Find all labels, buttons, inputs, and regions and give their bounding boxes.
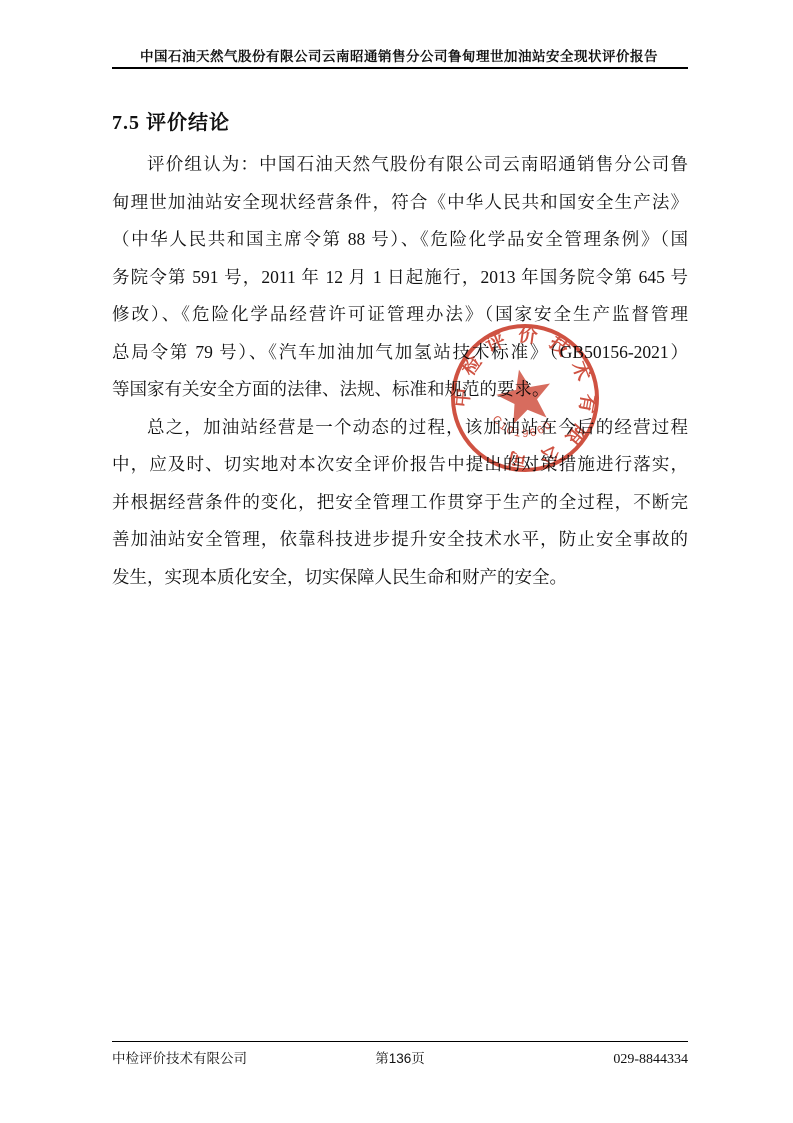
report-header-title: 中国石油天然气股份有限公司云南昭通销售分公司鲁甸理世加油站安全现状评价报告 bbox=[100, 45, 698, 65]
document-page: 中国石油天然气股份有限公司云南昭通销售分公司鲁甸理世加油站安全现状评价报告 7.… bbox=[0, 0, 793, 1123]
footer-rule bbox=[112, 1041, 688, 1042]
body-line: 善加油站安全管理，依靠科技进步提升安全技术水平，防止安全事故的 bbox=[112, 521, 688, 559]
body-line: 并根据经营条件的变化，把安全管理工作贯穿于生产的全过程，不断完 bbox=[112, 484, 688, 522]
body-line: 总之，加油站经营是一个动态的过程，该加油站在今后的经营过程 bbox=[112, 409, 688, 447]
body-line: 评价组认为：中国石油天然气股份有限公司云南昭通销售分公司鲁 bbox=[112, 146, 688, 184]
header-rule bbox=[112, 67, 688, 69]
page-footer: 中检评价技术有限公司 第136页 029-8844334 bbox=[112, 1047, 688, 1068]
body-line: 修改）、《危险化学品经营许可证管理办法》（国家安全生产监督管理 bbox=[112, 296, 688, 334]
footer-page-number: 第136页 bbox=[304, 1047, 496, 1067]
body-line: 等国家有关安全方面的法律、法规、标准和规范的要求。 bbox=[112, 371, 688, 409]
body-line: 务院令第 591 号，2011 年 12 月 1 日起施行，2013 年国务院令… bbox=[112, 259, 688, 297]
body-text: 评价组认为：中国石油天然气股份有限公司云南昭通销售分公司鲁 甸理世加油站安全现状… bbox=[112, 146, 688, 596]
footer-phone: 029-8844334 bbox=[496, 1052, 688, 1068]
body-line: （中华人民共和国主席令第 88 号）、《危险化学品安全管理条例》（国 bbox=[112, 221, 688, 259]
footer-company: 中检评价技术有限公司 bbox=[112, 1047, 304, 1067]
paragraph-2: 总之，加油站经营是一个动态的过程，该加油站在今后的经营过程 中，应及时、切实地对… bbox=[112, 409, 688, 597]
body-line: 总局令第 79 号）、《汽车加油加气加氢站技术标准》（GB50156-2021） bbox=[112, 334, 688, 372]
body-line: 发生，实现本质化安全，切实保障人民生命和财产的安全。 bbox=[112, 559, 688, 597]
body-line: 甸理世加油站安全现状经营条件，符合《中华人民共和国安全生产法》 bbox=[112, 184, 688, 222]
section-heading: 7.5 评价结论 bbox=[112, 106, 230, 135]
body-line: 中，应及时、切实地对本次安全评价报告中提出的对策措施进行落实， bbox=[112, 446, 688, 484]
paragraph-1: 评价组认为：中国石油天然气股份有限公司云南昭通销售分公司鲁 甸理世加油站安全现状… bbox=[112, 146, 688, 409]
